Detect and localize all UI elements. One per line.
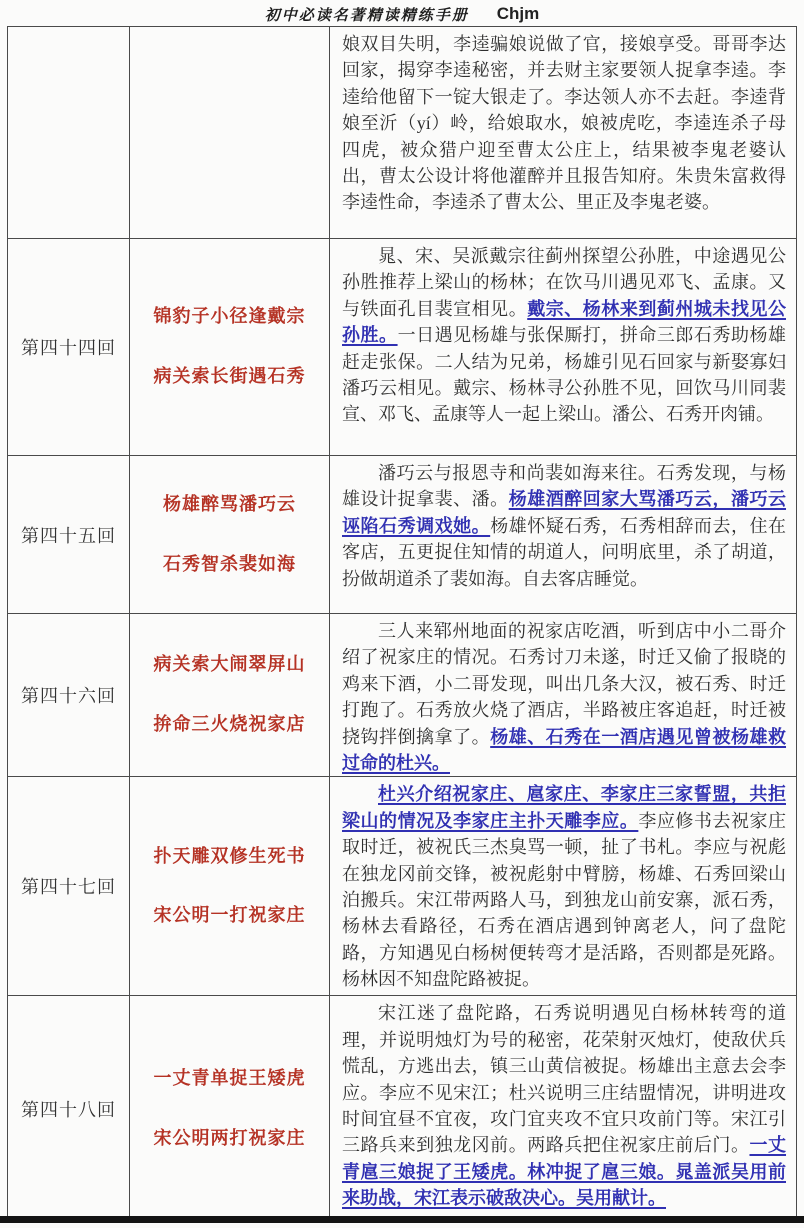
chapter-cell: 第四十五回 [8, 456, 130, 614]
title-cell: 锦豹子小径逢戴宗病关索长街遇石秀 [130, 239, 330, 456]
chapter-label: 第四十六回 [21, 686, 116, 706]
title-cell: 扑天雕双修生死书宋公明一打祝家庄 [130, 777, 330, 996]
chapter-title-line: 锦豹子小径逢戴宗 [131, 307, 328, 327]
table-body: 娘双目失明，李逵骗娘说做了官，接娘享受。哥哥李达回家，揭穿李逵秘密，并去财主家要… [8, 27, 797, 1222]
summary-cell: 宋江迷了盘陀路，石秀说明遇见白杨林转弯的道理，并说明烛灯为号的秘密，花荣射灭烛灯… [330, 996, 797, 1222]
summary-cell: 杜兴介绍祝家庄、扈家庄、李家庄三家誓盟，共拒梁山的情况及李家庄主扑天雕李应。李应… [330, 777, 797, 996]
summary-paragraph: 晁、宋、吴派戴宗往蓟州探望公孙胜，中途遇见公孙胜推荐上梁山的杨林；在饮马川遇见邓… [342, 243, 786, 428]
chapter-label: 第四十八回 [21, 1100, 116, 1120]
table-row: 第四十六回病关索大闹翠屏山拚命三火烧祝家店三人来郓州地面的祝家店吃酒，听到店中小… [8, 614, 797, 777]
header-watermark: Chjm [497, 4, 540, 24]
table-row: 娘双目失明，李逵骗娘说做了官，接娘享受。哥哥李达回家，揭穿李逵秘密，并去财主家要… [8, 27, 797, 239]
chapter-cell: 第四十四回 [8, 239, 130, 456]
chapter-title-line: 宋公明两打祝家庄 [131, 1129, 328, 1149]
chapter-title-line: 石秀智杀裴如海 [131, 555, 328, 575]
summary-segment: 宋江迷了盘陀路，石秀说明遇见白杨林转弯的道理，并说明烛灯为号的秘密，花荣射灭烛灯… [342, 1003, 786, 1155]
chapter-title-line: 杨雄醉骂潘巧云 [131, 495, 328, 515]
summary-cell: 娘双目失明，李逵骗娘说做了官，接娘享受。哥哥李达回家，揭穿李逵秘密，并去财主家要… [330, 27, 797, 239]
title-cell [130, 27, 330, 239]
chapter-cell [8, 27, 130, 239]
summary-paragraph: 娘双目失明，李逵骗娘说做了官，接娘享受。哥哥李达回家，揭穿李逵秘密，并去财主家要… [342, 31, 786, 216]
title-cell: 病关索大闹翠屏山拚命三火烧祝家店 [130, 614, 330, 777]
summary-cell: 潘巧云与报恩寺和尚裴如海来往。石秀发现，与杨雄设计捉拿裴、潘。杨雄酒醉回家大骂潘… [330, 456, 797, 614]
chapter-title-line: 扑天雕双修生死书 [131, 847, 328, 867]
summary-paragraph: 宋江迷了盘陀路，石秀说明遇见白杨林转弯的道理，并说明烛灯为号的秘密，花荣射灭烛灯… [342, 1000, 786, 1211]
summary-cell: 晁、宋、吴派戴宗往蓟州探望公孙胜，中途遇见公孙胜推荐上梁山的杨林；在饮马川遇见邓… [330, 239, 797, 456]
table-row: 第四十五回杨雄醉骂潘巧云石秀智杀裴如海潘巧云与报恩寺和尚裴如海来往。石秀发现，与… [8, 456, 797, 614]
page-header: 初中必读名著精读精练手册 Chjm [0, 0, 804, 26]
page-title: 初中必读名著精读精练手册 [265, 4, 469, 25]
chapter-title-line: 病关索大闹翠屏山 [131, 655, 328, 675]
chapter-label: 第四十四回 [21, 338, 116, 358]
summary-paragraph: 三人来郓州地面的祝家店吃酒，听到店中小二哥介绍了祝家庄的情况。石秀讨刀未遂，时迁… [342, 618, 786, 776]
chapter-label: 第四十七回 [21, 877, 116, 897]
chapters-table: 娘双目失明，李逵骗娘说做了官，接娘享受。哥哥李达回家，揭穿李逵秘密，并去财主家要… [7, 26, 797, 1222]
title-cell: 杨雄醉骂潘巧云石秀智杀裴如海 [130, 456, 330, 614]
chapter-cell: 第四十七回 [8, 777, 130, 996]
summary-paragraph: 潘巧云与报恩寺和尚裴如海来往。石秀发现，与杨雄设计捉拿裴、潘。杨雄酒醉回家大骂潘… [342, 460, 786, 592]
chapter-title-line: 病关索长街遇石秀 [131, 367, 328, 387]
summary-paragraph: 杜兴介绍祝家庄、扈家庄、李家庄三家誓盟，共拒梁山的情况及李家庄主扑天雕李应。李应… [342, 781, 786, 992]
chapter-title-line: 宋公明一打祝家庄 [131, 906, 328, 926]
summary-segment: 一日遇见杨雄与张保厮打，拼命三郎石秀助杨雄赶走张保。二人结为兄弟，杨雄引见石回家… [342, 325, 786, 424]
chapter-cell: 第四十六回 [8, 614, 130, 777]
chapter-title-line: 拚命三火烧祝家店 [131, 715, 328, 735]
chapter-cell: 第四十八回 [8, 996, 130, 1222]
chapter-title-line: 一丈青单捉王矮虎 [131, 1069, 328, 1089]
table-row: 第四十四回锦豹子小径逢戴宗病关索长街遇石秀晁、宋、吴派戴宗往蓟州探望公孙胜，中途… [8, 239, 797, 456]
page-bottom-rule [0, 1216, 804, 1223]
table-row: 第四十八回一丈青单捉王矮虎宋公明两打祝家庄宋江迷了盘陀路，石秀说明遇见白杨林转弯… [8, 996, 797, 1222]
summary-segment: 李应修书去祝家庄取时迁，被祝氏三杰臭骂一顿，扯了书札。李应与祝彪在独龙冈前交锋，… [342, 811, 786, 989]
title-cell: 一丈青单捉王矮虎宋公明两打祝家庄 [130, 996, 330, 1222]
chapter-label: 第四十五回 [21, 526, 116, 546]
table-row: 第四十七回扑天雕双修生死书宋公明一打祝家庄杜兴介绍祝家庄、扈家庄、李家庄三家誓盟… [8, 777, 797, 996]
summary-cell: 三人来郓州地面的祝家店吃酒，听到店中小二哥介绍了祝家庄的情况。石秀讨刀未遂，时迁… [330, 614, 797, 777]
summary-segment: 娘双目失明，李逵骗娘说做了官，接娘享受。哥哥李达回家，揭穿李逵秘密，并去财主家要… [342, 34, 786, 212]
